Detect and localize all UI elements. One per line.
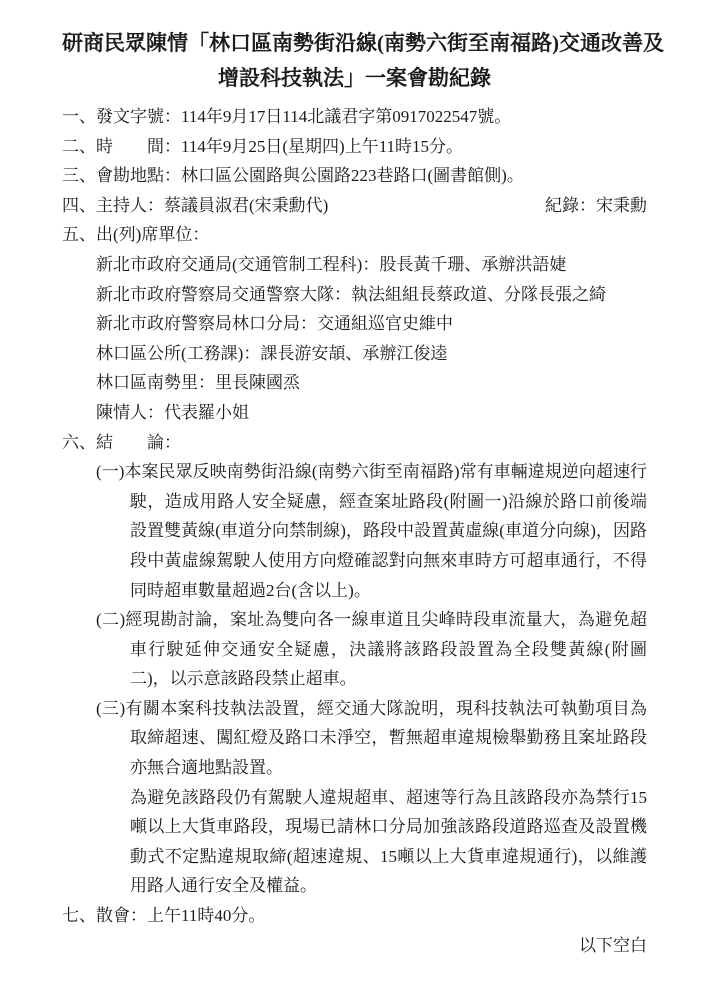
- attendee-item-linkou-precinct: 新北市政府警察局林口分局：交通組巡官史維中: [96, 309, 647, 339]
- line-adjournment: 七、散會：上午11時40分。: [62, 901, 647, 931]
- attendee-item-traffic-police-brigade: 新北市政府警察局交通警察大隊：執法組組長蔡政道、分隊長張之綺: [96, 280, 647, 310]
- line-meeting-time: 二、時 間：114年9月25日(星期四)上午11時15分。: [62, 132, 647, 162]
- host-text: 四、主持人：蔡議員淑君(宋秉勳代): [62, 191, 328, 221]
- attendee-item-village-chief: 林口區南勢里：里長陳國烝: [96, 368, 647, 398]
- paragraph-text: 經現勘討論，案址為雙向各一線車道且尖峰時段車流量大，為避免超車行駛延伸交通安全疑…: [125, 610, 647, 688]
- footer-blank-note: 以下空白: [62, 931, 647, 961]
- document-page: 研商民眾陳情「林口區南勢街沿線(南勢六街至南福路)交通改善及 增設科技執法」一案…: [0, 0, 707, 1000]
- paragraph-marker: (二): [96, 610, 125, 629]
- line-attendance-header: 五、出(列)席單位：: [62, 220, 647, 250]
- line-meeting-location: 三、會勘地點：林口區公園路與公園路223巷路口(圖書館側)。: [62, 161, 647, 191]
- conclusion-paragraph-2: (二)經現勘討論，案址為雙向各一線車道且尖峰時段車流量大，為避免超車行駛延伸交通…: [96, 605, 647, 694]
- paragraph-text: 本案民眾反映南勢街沿線(南勢六街至南福路)常有車輛違規逆向超速行駛，造成用路人安…: [124, 462, 647, 599]
- conclusion-paragraph-4: 為避免該路段仍有駕駛人違規超車、超速等行為且該路段亦為禁行15噸以上大貨車路段，…: [96, 783, 647, 901]
- attendee-item-traffic-bureau: 新北市政府交通局(交通管制工程科)：股長黃千珊、承辦洪語婕: [96, 250, 647, 280]
- attendee-item-petitioner: 陳情人：代表羅小姐: [96, 398, 647, 428]
- line-host-and-recorder: 四、主持人：蔡議員淑君(宋秉勳代) 紀錄：宋秉勳: [62, 191, 647, 221]
- line-conclusion-header: 六、結 論：: [62, 428, 647, 458]
- paragraph-text: 有關本案科技執法設置，經交通大隊說明，現科技執法可執勤項目為取締超速、闖紅燈及路…: [125, 699, 647, 777]
- line-issue-number: 一、發文字號：114年9月17日114北議君字第0917022547號。: [62, 102, 647, 132]
- conclusion-paragraph-1: (一)本案民眾反映南勢街沿線(南勢六街至南福路)常有車輛違規逆向超速行駛，造成用…: [96, 457, 647, 605]
- title-line-2: 增設科技執法」一案會勘紀錄: [62, 61, 647, 96]
- conclusion-paragraph-3: (三)有關本案科技執法設置，經交通大隊說明，現科技執法可執勤項目為取締超速、闖紅…: [96, 694, 647, 783]
- attendee-item-district-office: 林口區公所(工務課)：課長游安頡、承辦江俊逵: [96, 339, 647, 369]
- paragraph-marker: (一): [96, 462, 124, 481]
- paragraph-text: 為避免該路段仍有駕駛人違規超車、超速等行為且該路段亦為禁行15噸以上大貨車路段，…: [130, 788, 647, 896]
- document-title: 研商民眾陳情「林口區南勢街沿線(南勢六街至南福路)交通改善及 增設科技執法」一案…: [62, 26, 647, 96]
- paragraph-marker: (三): [96, 699, 125, 718]
- recorder-text: 紀錄：宋秉勳: [545, 191, 647, 221]
- title-line-1: 研商民眾陳情「林口區南勢街沿線(南勢六街至南福路)交通改善及: [62, 26, 647, 61]
